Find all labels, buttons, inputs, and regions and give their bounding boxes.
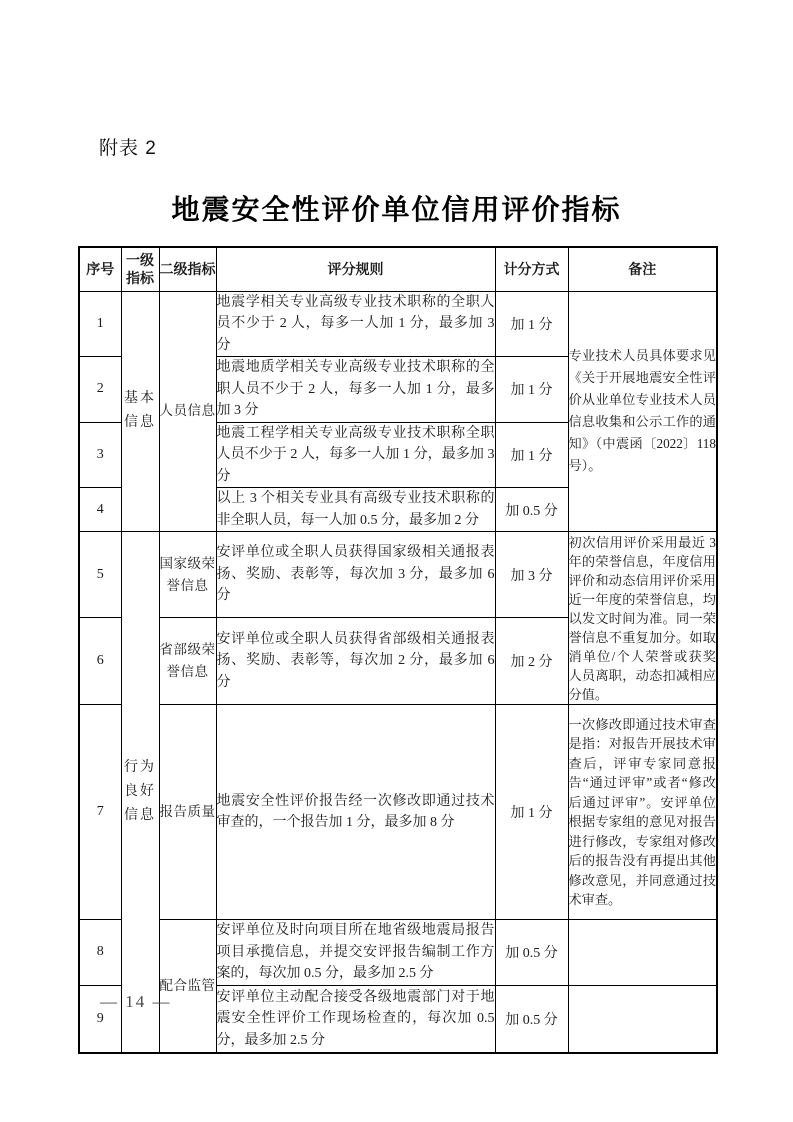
document-page: 附表 2 地震安全性评价单位信用评价指标 序号 一级指标 二级指标 评分规则 计… xyxy=(0,0,793,1122)
scoring-cell: 加 0.5 分 xyxy=(495,920,568,986)
row-number: 4 xyxy=(79,488,121,532)
col-header-scoring: 计分方式 xyxy=(495,247,568,291)
scoring-cell: 加 1 分 xyxy=(495,291,568,357)
row-number: 7 xyxy=(79,705,121,920)
rule-cell: 以上 3 个相关专业具有高级专业技术职称的非全职人员，每一人加 0.5 分，最多… xyxy=(216,488,495,532)
row-number: 3 xyxy=(79,422,121,488)
level1-good-behavior-info: 行为良好信息 xyxy=(121,532,159,1054)
col-header-no: 序号 xyxy=(79,247,121,291)
rule-cell: 安评单位或全职人员获得省部级相关通报表扬、奖励、表彰等，每次加 2 分，最多加 … xyxy=(216,618,495,705)
row-number: 5 xyxy=(79,532,121,618)
level2-national-honor-info: 国家级荣誉信息 xyxy=(159,532,216,618)
rule-cell: 安评单位主动配合接受各级地震部门对于地震安全性评价工作现场检查的，每次加 0.5… xyxy=(216,985,495,1053)
row-number: 6 xyxy=(79,618,121,705)
rule-cell: 地震工程学相关专业高级专业技术职称全职人员不少于 2 人，每多一人加 1 分，最… xyxy=(216,422,495,488)
appendix-label: 附表 2 xyxy=(99,133,157,160)
page-number: — 14 — xyxy=(100,992,172,1012)
scoring-cell: 加 3 分 xyxy=(495,532,568,618)
rule-cell: 安评单位及时向项目所在地省级地震局报告项目承揽信息，并提交安评报告编制工作方案的… xyxy=(216,920,495,986)
scoring-cell: 加 2 分 xyxy=(495,618,568,705)
level2-personnel-info: 人员信息 xyxy=(159,291,216,532)
table-header-row: 序号 一级指标 二级指标 评分规则 计分方式 备注 xyxy=(79,247,717,291)
remark-row-8 xyxy=(568,920,717,986)
scoring-cell: 加 1 分 xyxy=(495,705,568,920)
remark-rows-1-4: 专业技术人员具体要求见《关于开展地震安全性评价从业单位专业技术人员信息收集和公示… xyxy=(568,291,717,532)
remark-rows-5-6: 初次信用评价采用最近 3 年的荣誉信息，年度信用评价和动态信用评价采用近一年度的… xyxy=(568,532,717,705)
col-header-level1: 一级指标 xyxy=(121,247,159,291)
rule-cell: 地震安全性评价报告经一次修改即通过技术审查的，一个报告加 1 分，最多加 8 分 xyxy=(216,705,495,920)
table-row: 7 报告质量 地震安全性评价报告经一次修改即通过技术审查的，一个报告加 1 分，… xyxy=(79,705,717,920)
level2-provincial-honor-info: 省部级荣誉信息 xyxy=(159,618,216,705)
row-number: 2 xyxy=(79,357,121,423)
scoring-cell: 加 1 分 xyxy=(495,422,568,488)
table-row: 5 行为良好信息 国家级荣誉信息 安评单位或全职人员获得国家级相关通报表扬、奖励… xyxy=(79,532,717,618)
row-number: 1 xyxy=(79,291,121,357)
remark-row-7: 一次修改即通过技术审查是指：对报告开展技术审查后，评审专家同意报告“通过评审”或… xyxy=(568,705,717,920)
credit-indicator-table: 序号 一级指标 二级指标 评分规则 计分方式 备注 1 基本信息 人员信息 地震… xyxy=(78,246,718,1054)
scoring-cell: 加 0.5 分 xyxy=(495,985,568,1053)
rule-cell: 地震学相关专业高级专业技术职称的全职人员不少于 2 人，每多一人加 1 分，最多… xyxy=(216,291,495,357)
col-header-rule: 评分规则 xyxy=(216,247,495,291)
scoring-cell: 加 1 分 xyxy=(495,357,568,423)
level2-report-quality: 报告质量 xyxy=(159,705,216,920)
remark-row-9 xyxy=(568,985,717,1053)
level2-cooperate-supervision: 配合监管 xyxy=(159,920,216,1054)
rule-cell: 安评单位或全职人员获得国家级相关通报表扬、奖励、表彰等，每次加 3 分，最多加 … xyxy=(216,532,495,618)
table-row: 8 配合监管 安评单位及时向项目所在地省级地震局报告项目承揽信息，并提交安评报告… xyxy=(79,920,717,986)
page-title: 地震安全性评价单位信用评价指标 xyxy=(0,188,793,228)
rule-cell: 地震地质学相关专业高级专业技术职称的全职人员不少于 2 人，每多一人加 1 分，… xyxy=(216,357,495,423)
level1-basic-info: 基本信息 xyxy=(121,291,159,532)
table-row: 1 基本信息 人员信息 地震学相关专业高级专业技术职称的全职人员不少于 2 人，… xyxy=(79,291,717,357)
col-header-level2: 二级指标 xyxy=(159,247,216,291)
scoring-cell: 加 0.5 分 xyxy=(495,488,568,532)
col-header-remark: 备注 xyxy=(568,247,717,291)
row-number: 8 xyxy=(79,920,121,986)
